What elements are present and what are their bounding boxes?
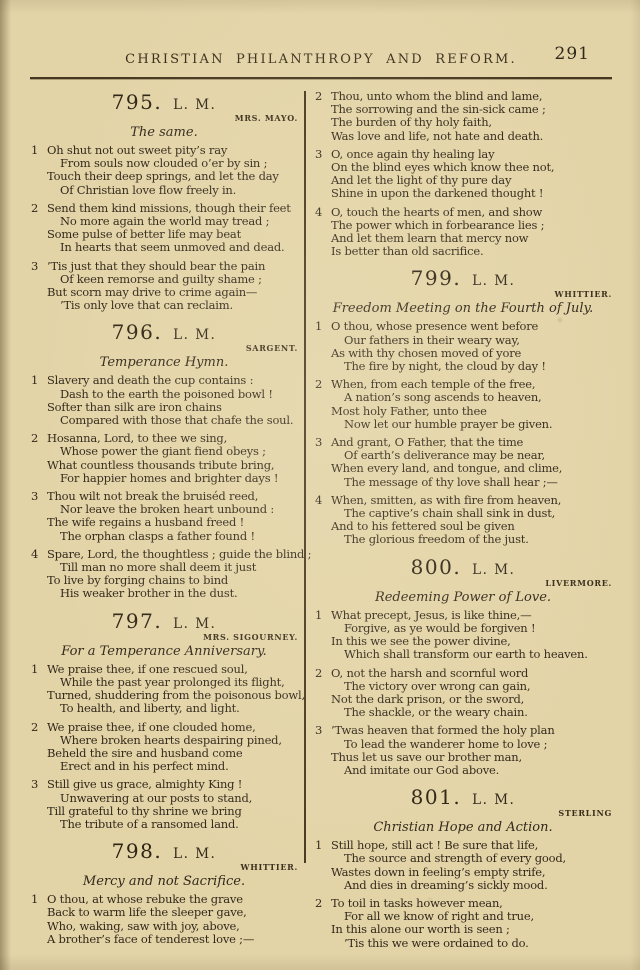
verse-number: 3 xyxy=(315,148,322,161)
hymn-title: Freedom Meeting on the Fourth of July. xyxy=(314,300,612,317)
hymn-verse: 2Hosanna, Lord, to thee we sing,Whose po… xyxy=(30,432,298,485)
verse-line: Thus let us save our brother man, xyxy=(331,751,612,764)
hymn-verse: 3’Twas heaven that formed the holy planT… xyxy=(314,724,612,777)
running-header: CHRISTIAN PHILANTHROPY AND REFORM. 291 xyxy=(30,48,612,68)
verse-number: 2 xyxy=(315,90,322,103)
verse-line: ’Tis this we were ordained to do. xyxy=(331,937,612,950)
book-page: CHRISTIAN PHILANTHROPY AND REFORM. 291 7… xyxy=(0,0,640,970)
verse-line: When every land, and tongue, and clime, xyxy=(331,462,612,475)
hymn-verse: 3’Tis just that they should bear the pai… xyxy=(30,260,298,313)
verse-number: 2 xyxy=(315,667,322,680)
verse-line: The fire by night, the cloud by day ! xyxy=(331,360,612,373)
verse-number: 2 xyxy=(31,202,38,215)
verse-line: The tribute of a ransomed land. xyxy=(47,818,298,831)
hymn-title: For a Temperance Anniversary. xyxy=(30,643,298,660)
verse-number: 1 xyxy=(315,609,322,622)
verse-line: A nation’s song ascends to heaven, xyxy=(331,391,612,404)
verse-line: The victory over wrong can gain, xyxy=(331,680,612,693)
verse-number: 3 xyxy=(31,778,38,791)
hymn-number: 797. xyxy=(112,609,163,633)
right-column: 2Thou, unto whom the blind and lame,The … xyxy=(314,90,612,955)
verse-line: Now let our humble prayer be given. xyxy=(331,418,612,431)
verse-number: 1 xyxy=(31,663,38,676)
verse-line: Compared with those that chafe the soul. xyxy=(47,414,298,427)
verse-line: Is better than old sacrifice. xyxy=(331,245,612,258)
verse-line: The message of thy love shall hear ;— xyxy=(331,476,612,489)
verse-line: ’Tis only love that can reclaim. xyxy=(47,299,298,312)
verse-line: To lead the wanderer home to love ; xyxy=(331,738,612,751)
hymn-verse: 2Send them kind missions, though their f… xyxy=(30,202,298,255)
column-divider xyxy=(304,91,306,863)
verse-line: The burden of thy holy faith, xyxy=(331,116,612,129)
hymn-meter: L. M. xyxy=(173,97,216,113)
verse-line: The wife regains a husband freed ! xyxy=(47,516,298,529)
verse-number: 2 xyxy=(31,721,38,734)
hymn-verse: 1O thou, whose presence went beforeOur f… xyxy=(314,320,612,373)
verse-line: Who, waking, saw with joy, above, xyxy=(47,920,298,933)
verse-number: 4 xyxy=(315,494,322,507)
verse-line: What countless thousands tribute bring, xyxy=(47,459,298,472)
hymn-verse: 4O, touch the hearts of men, and showThe… xyxy=(314,206,612,259)
verse-line: Slavery and death the cup contains : xyxy=(47,374,298,387)
verse-line: And dies in dreaming’s sickly mood. xyxy=(331,879,612,892)
verse-line: The source and strength of every good, xyxy=(331,852,612,865)
verse-number: 1 xyxy=(31,374,38,387)
page-title: CHRISTIAN PHILANTHROPY AND REFORM. xyxy=(125,52,517,67)
page-number: 291 xyxy=(555,44,590,64)
verse-line: What precept, Jesus, is like thine,— xyxy=(331,609,612,622)
hymn-verse: 2Thou, unto whom the blind and lame,The … xyxy=(314,90,612,143)
verse-number: 3 xyxy=(31,260,38,273)
verse-line: We praise thee, if one clouded home, xyxy=(47,721,298,734)
verse-line: O, touch the hearts of men, and show xyxy=(331,206,612,219)
hymn-meter: L. M. xyxy=(173,846,216,862)
verse-line: Touch their deep springs, and let the da… xyxy=(47,170,298,183)
verse-line: And imitate our God above. xyxy=(331,764,612,777)
hymn-verse: 4When, smitten, as with fire from heaven… xyxy=(314,494,612,547)
verse-line: O thou, whose presence went before xyxy=(331,320,612,333)
hymn-verse: 1We praise thee, if one rescued soul,Whi… xyxy=(30,663,298,716)
hymn-title: The same. xyxy=(30,124,298,141)
verse-number: 1 xyxy=(31,893,38,906)
verse-line: Most holy Father, unto thee xyxy=(331,405,612,418)
hymn-number: 801. xyxy=(411,785,462,809)
verse-number: 4 xyxy=(31,548,38,561)
verse-line: Where broken hearts despairing pined, xyxy=(47,734,298,747)
hymn-number: 799. xyxy=(411,266,462,290)
hymn-verse: 1What precept, Jesus, is like thine,—For… xyxy=(314,609,612,662)
verse-number: 1 xyxy=(31,144,38,157)
hymn-verse: 2We praise thee, if one clouded home,Whe… xyxy=(30,721,298,774)
hymn-heading: 797.L. M.MRS. SIGOURNEY.For a Temperance… xyxy=(30,609,298,660)
hymn-number: 800. xyxy=(411,555,462,579)
hymn-verse: 3O, once again thy healing layOn the bli… xyxy=(314,148,612,201)
verse-number: 4 xyxy=(315,206,322,219)
hymn-number: 796. xyxy=(112,320,163,344)
verse-number: 1 xyxy=(315,839,322,852)
hymn-verse: 1O thou, at whose rebuke the graveBack t… xyxy=(30,893,298,946)
verse-number: 3 xyxy=(31,490,38,503)
verse-line: The glorious freedom of the just. xyxy=(331,533,612,546)
verse-line: Was love and life, not hate and death. xyxy=(331,130,612,143)
hymn-verse: 2To toil in tasks however mean,For all w… xyxy=(314,897,612,950)
hymn-heading: 801.L. M.STERLINGChristian Hope and Acti… xyxy=(314,785,612,836)
verse-line: For happier homes and brighter days ! xyxy=(47,472,298,485)
hymn-title: Temperance Hymn. xyxy=(30,354,298,371)
verse-number: 2 xyxy=(31,432,38,445)
verse-line: Till grateful to thy shrine we bring xyxy=(47,805,298,818)
hymn-meter: L. M. xyxy=(173,327,216,343)
hymn-meter: L. M. xyxy=(472,792,515,808)
verse-number: 1 xyxy=(315,320,322,333)
verse-line: We praise thee, if one rescued soul, xyxy=(47,663,298,676)
verse-line: To health, and liberty, and light. xyxy=(47,702,298,715)
hymn-verse: 1Still hope, still act ! Be sure that li… xyxy=(314,839,612,892)
verse-line: In this alone our worth is seen ; xyxy=(331,923,612,936)
hymn-meter: L. M. xyxy=(472,273,515,289)
verse-number: 2 xyxy=(315,378,322,391)
verse-line: Our fathers in their weary way, xyxy=(331,334,612,347)
verse-number: 2 xyxy=(315,897,322,910)
verse-line: Shine in upon the darkened thought ! xyxy=(331,187,612,200)
verse-line: Wastes down in feeling’s empty strife, xyxy=(331,866,612,879)
hymn-meter: L. M. xyxy=(472,562,515,578)
hymn-title: Christian Hope and Action. xyxy=(314,819,612,836)
left-column: 795.L. M.MRS. MAYO.The same.1Oh shut not… xyxy=(30,90,298,951)
verse-line: Which shall transform our earth to heave… xyxy=(331,648,612,661)
verse-number: 3 xyxy=(315,724,322,737)
hymn-title: Mercy and not Sacrifice. xyxy=(30,873,298,890)
hymn-verse: 3And grant, O Father, that the timeOf ea… xyxy=(314,436,612,489)
hymn-heading: 799.L. M.WHITTIER.Freedom Meeting on the… xyxy=(314,266,612,317)
hymn-verse: 2When, from each temple of the free,A na… xyxy=(314,378,612,431)
hymn-verse: 4Spare, Lord, the thoughtless ; guide th… xyxy=(30,548,298,601)
hymn-heading: 800.L. M.LIVERMORE.Redeeming Power of Lo… xyxy=(314,555,612,606)
hymn-verse: 3Still give us grace, almighty King !Unw… xyxy=(30,778,298,831)
hymn-number: 798. xyxy=(112,839,163,863)
text-columns: 795.L. M.MRS. MAYO.The same.1Oh shut not… xyxy=(30,79,612,955)
verse-number: 3 xyxy=(315,436,322,449)
verse-line: His weaker brother in the dust. xyxy=(47,587,298,600)
hymn-title: Redeeming Power of Love. xyxy=(314,589,612,606)
verse-line: Back to warm life the sleeper gave, xyxy=(47,906,298,919)
verse-line: ’Tis just that they should bear the pain xyxy=(47,260,298,273)
verse-line: Whose power the giant fiend obeys ; xyxy=(47,445,298,458)
verse-line: A brother’s face of tenderest love ;— xyxy=(47,933,298,946)
hymn-heading: 798.L. M.WHITTIER.Mercy and not Sacrific… xyxy=(30,839,298,890)
verse-line: Erect and in his perfect mind. xyxy=(47,760,298,773)
verse-line: Dash to the earth the poisoned bowl ! xyxy=(47,388,298,401)
verse-line: ’Twas heaven that formed the holy plan xyxy=(331,724,612,737)
hymn-meter: L. M. xyxy=(173,616,216,632)
verse-line: The orphan clasps a father found ! xyxy=(47,530,298,543)
hymn-heading: 795.L. M.MRS. MAYO.The same. xyxy=(30,90,298,141)
verse-line: In hearts that seem unmoved and dead. xyxy=(47,241,298,254)
verse-line: Of Christian love flow freely in. xyxy=(47,184,298,197)
hymn-verse: 1Slavery and death the cup contains :Das… xyxy=(30,374,298,427)
verse-line: Unwavering at our posts to stand, xyxy=(47,792,298,805)
hymn-heading: 796.L. M.SARGENT.Temperance Hymn. xyxy=(30,320,298,371)
verse-line: O, not the harsh and scornful word xyxy=(331,667,612,680)
verse-line: Still give us grace, almighty King ! xyxy=(47,778,298,791)
hymn-verse: 1Oh shut not out sweet pity’s rayFrom so… xyxy=(30,144,298,197)
hymn-number: 795. xyxy=(112,90,163,114)
hymn-verse: 2O, not the harsh and scornful wordThe v… xyxy=(314,667,612,720)
verse-line: The shackle, or the weary chain. xyxy=(331,706,612,719)
hymn-verse: 3Thou wilt not break the bruiséd reed,No… xyxy=(30,490,298,543)
